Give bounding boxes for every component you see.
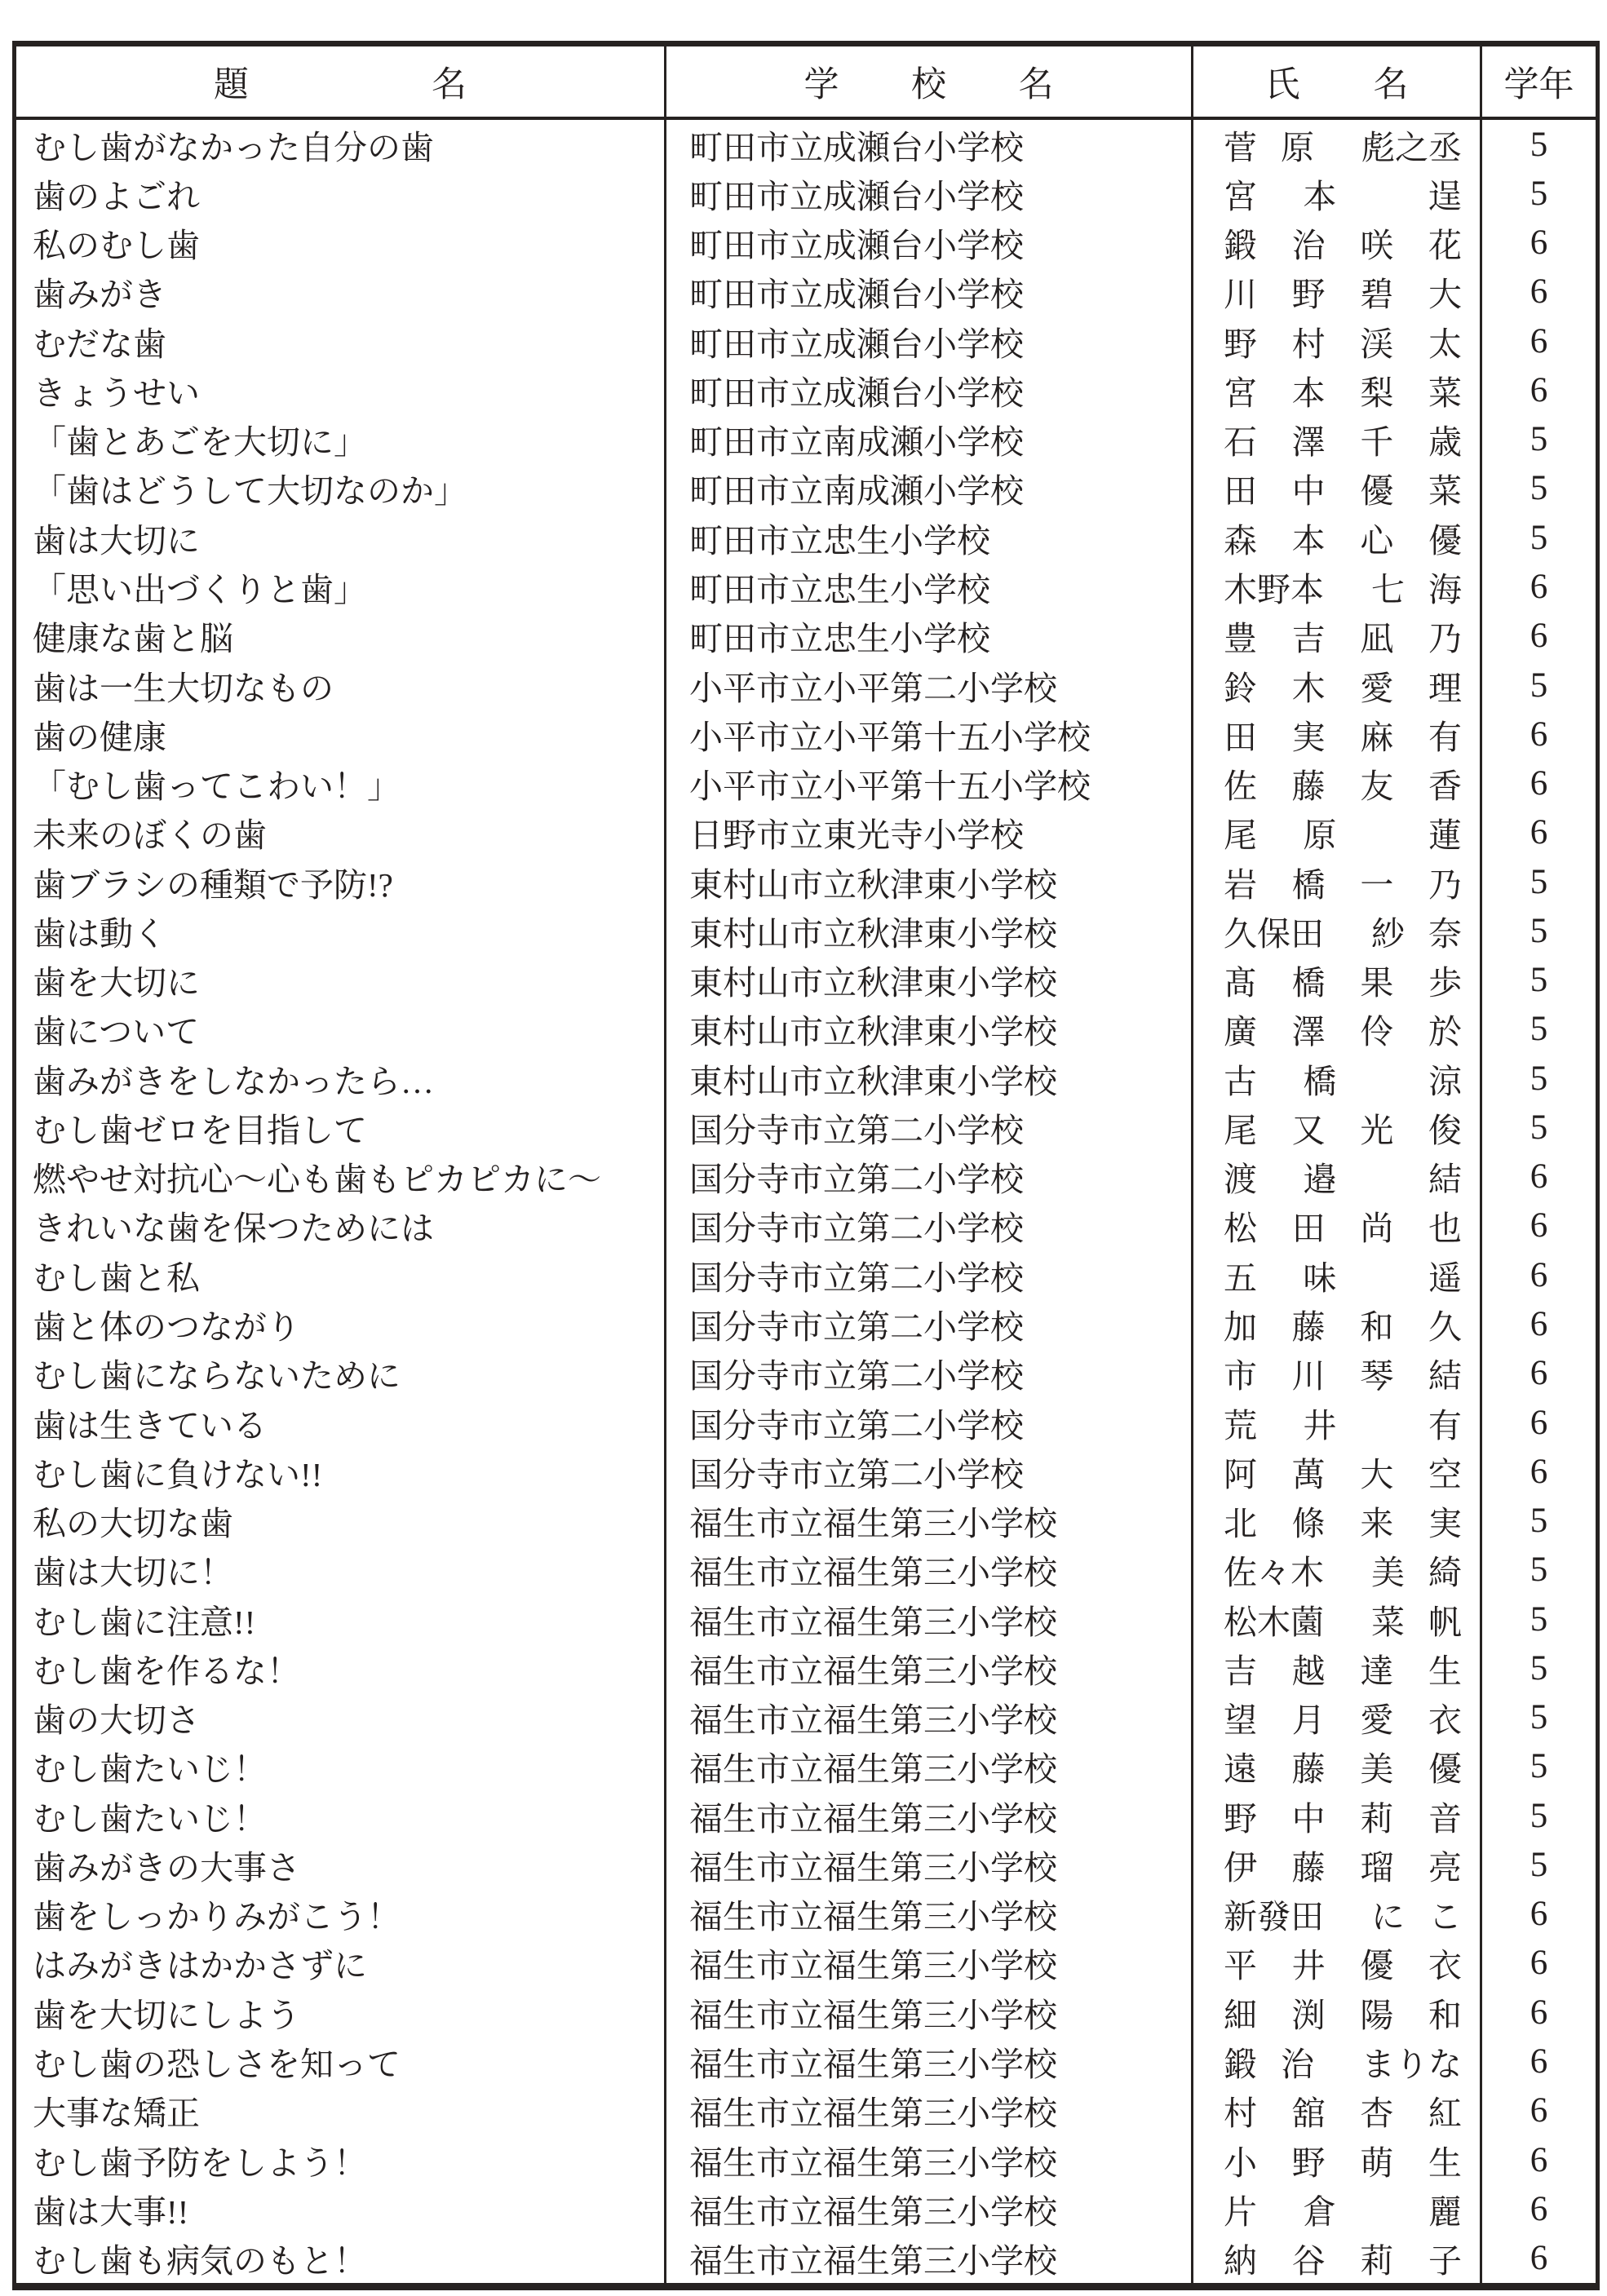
entry-school-cell: 国分寺市立第二小学校 (666, 1152, 1193, 1201)
table-row: 歯と体のつながり国分寺市立第二小学校加藤和久6 (16, 1299, 1596, 1348)
name-char: 衣 (1428, 1693, 1462, 1741)
entry-school-cell: 福生市立福生第三小学校 (666, 1988, 1193, 2037)
entry-grade-cell: 6 (1482, 316, 1596, 365)
entry-school-cell: 町田市立成瀬台小学校 (666, 120, 1193, 169)
entry-title: むし歯ゼロを目指して (33, 1104, 367, 1152)
entry-title-cell: 歯みがきの大事さ (16, 1840, 666, 1889)
entry-name-cell: 荒井有 (1193, 1398, 1482, 1447)
entry-school-cell: 町田市立忠生小学校 (666, 612, 1193, 661)
table-row: 歯みがき町田市立成瀬台小学校川野碧大6 (16, 268, 1596, 316)
table-row: 歯の健康小平市立小平第十五小学校田実麻有6 (16, 710, 1596, 759)
entry-name-cell: 鍛治まりな (1193, 2037, 1482, 2086)
name-char: 七 (1371, 563, 1405, 611)
entry-title: 歯を大切にしよう (33, 1989, 300, 2037)
header-school-char: 名 (1019, 57, 1054, 107)
header-title-cell: 題 名 (16, 46, 666, 117)
table-row: むだな歯町田市立成瀬台小学校野村渓太6 (16, 316, 1596, 365)
header-title-char: 名 (432, 57, 467, 107)
table-row: むし歯がなかった自分の歯町田市立成瀬台小学校菅原彪之丞5 (16, 120, 1596, 169)
entry-title-cell: むし歯を作るな！ (16, 1643, 666, 1692)
name-char: 蓮 (1428, 808, 1462, 856)
entry-grade: 6 (1530, 2140, 1548, 2180)
name-char: 納 (1224, 2234, 1257, 2282)
name-char: 藤 (1292, 1742, 1326, 1790)
entry-title: むし歯を作るな！ (33, 1644, 300, 1692)
header-name-label: 氏 名 (1265, 57, 1409, 107)
name-char: こ (1428, 1890, 1462, 1938)
name-char: 紅 (1428, 2086, 1462, 2135)
entry-title: 歯は動く (33, 907, 166, 955)
entry-title-cell: 私のむし歯 (16, 219, 666, 268)
entry-title: 私の大切な歯 (33, 1497, 233, 1545)
entry-title-cell: 歯と体のつながり (16, 1299, 666, 1348)
entry-grade-cell: 6 (1482, 1299, 1596, 1348)
entry-grade: 6 (1530, 1943, 1548, 1983)
name-char: 橋 (1292, 956, 1326, 1004)
entry-title: 歯の大切さ (33, 1693, 200, 1741)
table-row: きょうせい町田市立成瀬台小学校宮本梨菜6 (16, 365, 1596, 414)
name-char: 井 (1303, 1399, 1336, 1447)
entry-title-cell: むし歯予防をしよう！ (16, 2135, 666, 2184)
entry-name-cell: 納谷莉子 (1193, 2233, 1482, 2282)
entry-grade: 6 (1530, 567, 1548, 607)
entry-grade: 6 (1530, 1304, 1548, 1344)
entry-school-cell: 小平市立小平第二小学校 (666, 661, 1193, 710)
entry-grade: 5 (1530, 1108, 1548, 1148)
name-char: 莉 (1360, 1792, 1393, 1840)
entry-name: 納谷莉子 (1224, 2234, 1462, 2282)
entry-grade: 6 (1530, 714, 1548, 754)
entry-name-cell: 佐々木美綺 (1193, 1546, 1482, 1595)
entry-name-cell: 宮本逞 (1193, 169, 1482, 218)
name-char: 谷 (1292, 2234, 1326, 2282)
name-char: 優 (1360, 1939, 1393, 1987)
table-row: むし歯たいじ！福生市立福生第三小学校遠藤美優5 (16, 1742, 1596, 1791)
entry-title: 歯ブラシの種類で予防!? (33, 858, 393, 906)
entry-school-cell: 福生市立福生第三小学校 (666, 1693, 1193, 1742)
entry-school-cell: 福生市立福生第三小学校 (666, 1496, 1193, 1545)
entry-title-cell: むし歯に負けない!! (16, 1447, 666, 1496)
entry-name-cell: 細渕陽和 (1193, 1988, 1482, 2037)
header-school-char: 学 (804, 57, 839, 107)
entry-title: 健康な歯と脳 (33, 612, 233, 660)
entry-name-cell: 髙橋果歩 (1193, 956, 1482, 1005)
table-row: むし歯ゼロを目指して国分寺市立第二小学校尾又光俊5 (16, 1103, 1596, 1152)
entry-grade: 6 (1530, 1993, 1548, 2033)
name-char: 乃 (1428, 612, 1462, 660)
name-char: 亮 (1428, 1841, 1462, 1889)
table-row: 歯を大切に東村山市立秋津東小学校髙橋果歩5 (16, 956, 1596, 1005)
entry-title: むし歯たいじ！ (33, 1742, 267, 1790)
entry-name: 石澤千歳 (1224, 415, 1462, 463)
table-row: 「歯とあごを大切に」町田市立南成瀬小学校石澤千歳5 (16, 415, 1596, 464)
name-char: 田 (1224, 464, 1257, 512)
entry-grade-cell: 5 (1482, 1595, 1596, 1643)
entry-school: 福生市立福生第三小学校 (689, 1890, 1057, 1938)
name-char: 佐々木 (1224, 1546, 1324, 1594)
entry-title-cell: 未来のぼくの歯 (16, 808, 666, 857)
name-char: まりな (1361, 2037, 1462, 2086)
entry-title-cell: きれいな歯を保つためには (16, 1201, 666, 1250)
entry-name: 野村渓太 (1224, 317, 1462, 365)
entry-name: 渡邉結 (1224, 1152, 1462, 1201)
entry-school: 町田市立南成瀬小学校 (689, 415, 1024, 463)
entry-title-cell: 「歯はどうして大切なのか」 (16, 464, 666, 513)
entry-title: 歯について (33, 1005, 199, 1053)
name-char: 澤 (1292, 415, 1326, 463)
entry-name-cell: 加藤和久 (1193, 1299, 1482, 1348)
entry-school-cell: 福生市立福生第三小学校 (666, 1742, 1193, 1791)
entry-title-cell: むし歯の恐しさを知って (16, 2037, 666, 2086)
entry-school-cell: 東村山市立秋津東小学校 (666, 857, 1193, 906)
table-row: 歯みがきの大事さ福生市立福生第三小学校伊藤瑠亮5 (16, 1840, 1596, 1889)
name-char: 又 (1292, 1104, 1326, 1152)
name-char: 治 (1281, 2037, 1314, 2086)
name-char: 結 (1428, 1349, 1462, 1397)
entry-school-cell: 東村山市立秋津東小学校 (666, 1054, 1193, 1103)
entry-title-cell: 健康な歯と脳 (16, 612, 666, 661)
entry-grade-cell: 5 (1482, 1693, 1596, 1742)
entry-name-cell: 小野萌生 (1193, 2135, 1482, 2184)
entry-name-cell: 鍛治咲花 (1193, 219, 1482, 268)
entry-name-cell: 平井優衣 (1193, 1939, 1482, 1988)
entry-title: むし歯たいじ！ (33, 1792, 267, 1840)
entry-title: 歯を大切に (33, 956, 200, 1004)
entry-school: 町田市立成瀬台小学校 (689, 317, 1024, 365)
entry-title: むし歯予防をしよう！ (33, 2136, 367, 2184)
header-title-label: 題 名 (214, 57, 467, 107)
name-char: 綺 (1428, 1546, 1462, 1594)
entry-name: 鍛治咲花 (1224, 219, 1462, 267)
entry-title-cell: むし歯たいじ！ (16, 1791, 666, 1840)
entry-school-cell: 福生市立福生第三小学校 (666, 1840, 1193, 1889)
entry-title-cell: 歯のよごれ (16, 169, 666, 218)
name-char: 小 (1224, 2136, 1257, 2184)
entry-school-cell: 福生市立福生第三小学校 (666, 2233, 1193, 2282)
table-header: 題 名 学 校 名 氏 名 学年 (16, 46, 1596, 120)
name-char: 市 (1224, 1349, 1257, 1397)
entry-name: 佐々木美綺 (1224, 1546, 1462, 1594)
entry-grade-cell: 6 (1482, 219, 1596, 268)
name-char: 鈴 (1224, 661, 1257, 710)
table-row: 歯は一生大切なもの小平市立小平第二小学校鈴木愛理5 (16, 661, 1596, 710)
entry-school: 福生市立福生第三小学校 (689, 1595, 1057, 1643)
table-row: むし歯も病気のもと！福生市立福生第三小学校納谷莉子6 (16, 2233, 1596, 2282)
entry-name-cell: 野村渓太 (1193, 316, 1482, 365)
entry-school: 福生市立福生第三小学校 (689, 1497, 1057, 1545)
entry-grade: 5 (1530, 1796, 1548, 1836)
entry-title-cell: 燃やせ対抗心〜心も歯もピカピカに〜 (16, 1152, 666, 1201)
entry-school-cell: 国分寺市立第二小学校 (666, 1103, 1193, 1152)
entry-title-cell: 歯は大切に (16, 513, 666, 562)
entry-grade-cell: 6 (1482, 808, 1596, 857)
table-row: むし歯たいじ！福生市立福生第三小学校野中莉音5 (16, 1791, 1596, 1840)
entry-grade: 6 (1530, 616, 1548, 656)
name-char: 佐 (1224, 759, 1257, 807)
entry-grade-cell: 5 (1482, 1791, 1596, 1840)
entry-grade: 5 (1530, 1009, 1548, 1049)
entry-school: 町田市立成瀬台小学校 (689, 366, 1024, 414)
entry-name: 鈴木愛理 (1224, 661, 1462, 710)
entry-name-cell: 久保田紗奈 (1193, 906, 1482, 955)
entry-name-cell: 野中莉音 (1193, 1791, 1482, 1840)
entry-grade-cell: 5 (1482, 464, 1596, 513)
name-char: 原 (1303, 808, 1336, 856)
entry-school-cell: 福生市立福生第三小学校 (666, 1939, 1193, 1988)
entry-school-cell: 日野市立東光寺小学校 (666, 808, 1193, 857)
entry-grade: 5 (1530, 1059, 1548, 1099)
name-char: 倉 (1303, 2185, 1336, 2233)
name-char: 達 (1360, 1644, 1393, 1692)
name-char: 逞 (1428, 170, 1462, 218)
entry-name-cell: 石澤千歳 (1193, 415, 1482, 464)
entry-title: 大事な矯正 (33, 2086, 200, 2135)
name-char: 俊 (1428, 1104, 1462, 1152)
entry-grade: 5 (1530, 518, 1548, 558)
entry-name-cell: 望月愛衣 (1193, 1693, 1482, 1742)
entry-grade-cell: 5 (1482, 1103, 1596, 1152)
name-char: 伶 (1360, 1005, 1393, 1053)
entry-name: 市川琴結 (1224, 1349, 1462, 1397)
entry-grade-cell: 5 (1482, 857, 1596, 906)
table-row: 歯のよごれ町田市立成瀬台小学校宮本逞5 (16, 169, 1596, 218)
entry-school-cell: 町田市立成瀬台小学校 (666, 219, 1193, 268)
entry-name: 佐藤友香 (1224, 759, 1462, 807)
entry-name-cell: 渡邉結 (1193, 1152, 1482, 1201)
entry-title: きょうせい (33, 366, 200, 414)
entry-name: 久保田紗奈 (1224, 907, 1462, 955)
table-row: 歯をしっかりみがこう！福生市立福生第三小学校新發田にこ6 (16, 1890, 1596, 1939)
entry-grade-cell: 5 (1482, 415, 1596, 464)
name-char: 伊 (1224, 1841, 1257, 1889)
name-char: 一 (1360, 858, 1393, 906)
entry-grade-cell: 6 (1482, 268, 1596, 316)
entry-grade-cell: 6 (1482, 1349, 1596, 1398)
name-char: 藤 (1292, 759, 1326, 807)
name-char: 野 (1224, 1792, 1257, 1840)
name-char: 和 (1360, 1300, 1393, 1348)
entry-school: 福生市立福生第三小学校 (689, 1989, 1057, 2037)
entry-title: 歯をしっかりみがこう！ (33, 1890, 401, 1938)
table-row: 歯は生きている国分寺市立第二小学校荒井有6 (16, 1398, 1596, 1447)
entry-title: むだな歯 (33, 317, 166, 365)
entry-name: 田中優菜 (1224, 464, 1462, 512)
entry-name: 鍛治まりな (1224, 2037, 1462, 2086)
entry-name: 五味遥 (1224, 1251, 1462, 1299)
table-row: 私の大切な歯福生市立福生第三小学校北條来実5 (16, 1496, 1596, 1545)
entry-grade: 6 (1530, 223, 1548, 263)
entry-school: 東村山市立秋津東小学校 (689, 1005, 1057, 1053)
table-row: 歯ブラシの種類で予防!?東村山市立秋津東小学校岩橋一乃5 (16, 857, 1596, 906)
entry-school: 福生市立福生第三小学校 (689, 2037, 1057, 2086)
entry-grade: 5 (1530, 666, 1548, 706)
entry-name: 村舘杏紅 (1224, 2086, 1462, 2135)
name-char: 尾 (1224, 808, 1257, 856)
entry-title-cell: 歯は生きている (16, 1398, 666, 1447)
entry-grade: 5 (1530, 911, 1548, 951)
entry-school-cell: 町田市立南成瀬小学校 (666, 464, 1193, 513)
table-row: 歯は大切に！福生市立福生第三小学校佐々木美綺5 (16, 1546, 1596, 1595)
name-char: 井 (1292, 1939, 1326, 1987)
entry-name: 細渕陽和 (1224, 1989, 1462, 2037)
entry-grade: 6 (1530, 2042, 1548, 2081)
name-char: 実 (1428, 1497, 1462, 1545)
entry-school-cell: 福生市立福生第三小学校 (666, 2135, 1193, 2184)
document-page: 題 名 学 校 名 氏 名 学年 むし歯がなかった自分の (0, 0, 1607, 2296)
name-char: 髙 (1224, 956, 1257, 1004)
name-char: 味 (1303, 1251, 1336, 1299)
entry-grade: 5 (1530, 125, 1548, 165)
entry-name: 宮本梨菜 (1224, 366, 1462, 414)
entry-name-cell: 田実麻有 (1193, 710, 1482, 759)
name-char: 野 (1292, 2136, 1326, 2184)
entry-grade-cell: 6 (1482, 1250, 1596, 1299)
entry-school: 福生市立福生第三小学校 (689, 1546, 1057, 1594)
entry-title-cell: むし歯に注意!! (16, 1595, 666, 1643)
entry-title: むし歯に負けない!! (33, 1448, 322, 1496)
entry-title-cell: きょうせい (16, 365, 666, 414)
table-row: むし歯予防をしよう！福生市立福生第三小学校小野萌生6 (16, 2135, 1596, 2184)
entry-school: 国分寺市立第二小学校 (689, 1349, 1024, 1397)
name-char: 香 (1428, 759, 1462, 807)
entry-name: 荒井有 (1224, 1399, 1462, 1447)
entry-grade: 6 (1530, 812, 1548, 852)
entry-name: 木野本七海 (1224, 563, 1462, 611)
name-char: 鍛 (1224, 219, 1257, 267)
name-char: 菜 (1428, 464, 1462, 512)
entry-title-cell: 歯は大切に！ (16, 1546, 666, 1595)
name-char: 梨 (1360, 366, 1393, 414)
name-char: 音 (1428, 1792, 1462, 1840)
entry-school: 日野市立東光寺小学校 (689, 808, 1024, 856)
entry-grade: 5 (1530, 960, 1548, 1000)
entry-grade-cell: 6 (1482, 2233, 1596, 2282)
entry-school: 福生市立福生第三小学校 (689, 2234, 1057, 2282)
entry-title: 「歯とあごを大切に」 (33, 415, 367, 463)
entry-title-cell: むし歯がなかった自分の歯 (16, 120, 666, 169)
name-char: 花 (1428, 219, 1462, 267)
name-char: 渕 (1292, 1989, 1326, 2037)
header-grade-cell: 学年 (1482, 46, 1596, 117)
entry-grade-cell: 6 (1482, 562, 1596, 611)
name-char: 麻 (1360, 710, 1393, 759)
entry-grade-cell: 5 (1482, 1742, 1596, 1791)
entry-title-cell: むし歯も病気のもと！ (16, 2233, 666, 2282)
table-row: 大事な矯正福生市立福生第三小学校村舘杏紅6 (16, 2086, 1596, 2135)
entry-title: むし歯も病気のもと！ (33, 2234, 367, 2282)
entry-name-cell: 宮本梨菜 (1193, 365, 1482, 414)
entry-name-cell: 阿萬大空 (1193, 1447, 1482, 1496)
entry-school-cell: 小平市立小平第十五小学校 (666, 759, 1193, 807)
entry-title-cell: 歯をしっかりみがこう！ (16, 1890, 666, 1939)
entry-school-cell: 福生市立福生第三小学校 (666, 1595, 1193, 1643)
name-char: 松 (1224, 1201, 1257, 1250)
entry-name: 松木薗菜帆 (1224, 1595, 1462, 1643)
entry-title-cell: むし歯と私 (16, 1250, 666, 1299)
name-char: 優 (1428, 514, 1462, 562)
entry-school-cell: 福生市立福生第三小学校 (666, 1546, 1193, 1595)
entry-name-cell: 古橋涼 (1193, 1054, 1482, 1103)
entry-school: 町田市立成瀬台小学校 (689, 170, 1024, 218)
name-char: 乃 (1428, 858, 1462, 906)
entry-title: 歯は大切に (33, 514, 200, 562)
entry-school: 東村山市立秋津東小学校 (689, 956, 1057, 1004)
entry-name-cell: 遠藤美優 (1193, 1742, 1482, 1791)
entry-school: 国分寺市立第二小学校 (689, 1104, 1024, 1152)
table-row: 歯は大切に町田市立忠生小学校森本心優5 (16, 513, 1596, 562)
entry-grade-cell: 5 (1482, 1643, 1596, 1692)
entry-school: 福生市立福生第三小学校 (689, 1841, 1057, 1889)
entry-name-cell: 廣澤伶於 (1193, 1005, 1482, 1054)
entry-title: 歯の健康 (33, 710, 166, 759)
name-char: 橋 (1292, 858, 1326, 906)
results-table: 題 名 学 校 名 氏 名 学年 むし歯がなかった自分の (12, 41, 1600, 2290)
entry-grade-cell: 6 (1482, 2037, 1596, 2086)
entry-grade-cell: 5 (1482, 169, 1596, 218)
entry-grade: 6 (1530, 763, 1548, 803)
table-row: 歯は動く東村山市立秋津東小学校久保田紗奈5 (16, 906, 1596, 955)
table-row: むし歯の恐しさを知って福生市立福生第三小学校鍛治まりな6 (16, 2037, 1596, 2086)
name-char: 生 (1428, 2136, 1462, 2184)
entry-school: 町田市立忠生小学校 (689, 612, 990, 660)
name-char: 田 (1224, 710, 1257, 759)
name-char: 川 (1224, 268, 1257, 316)
entry-name: 吉越達生 (1224, 1644, 1462, 1692)
entry-school: 国分寺市立第二小学校 (689, 1251, 1024, 1299)
name-char: 五 (1224, 1251, 1257, 1299)
entry-name: 豊吉凪乃 (1224, 612, 1462, 660)
name-char: 於 (1428, 1005, 1462, 1053)
name-char: 果 (1360, 956, 1393, 1004)
entry-name: 新發田にこ (1224, 1890, 1462, 1938)
entry-name-cell: 片倉麗 (1193, 2184, 1482, 2233)
name-char: 生 (1428, 1644, 1462, 1692)
name-char: 愛 (1360, 661, 1393, 710)
name-char: に (1371, 1890, 1405, 1938)
entry-school: 国分寺市立第二小学校 (689, 1448, 1024, 1496)
entry-grade-cell: 5 (1482, 513, 1596, 562)
name-char: 森 (1224, 514, 1257, 562)
name-char: 愛 (1360, 1693, 1393, 1741)
name-char: 陽 (1360, 1989, 1393, 2037)
entry-school-cell: 国分寺市立第二小学校 (666, 1447, 1193, 1496)
name-char: 也 (1428, 1201, 1462, 1250)
entry-title-cell: むし歯にならないために (16, 1349, 666, 1398)
name-char: 久 (1428, 1300, 1462, 1348)
name-char: 大 (1428, 268, 1462, 316)
name-char: 衣 (1428, 1939, 1462, 1987)
name-char: 條 (1292, 1497, 1326, 1545)
entry-title: 歯は一生大切なもの (33, 661, 334, 710)
entry-title: 燃やせ対抗心〜心も歯もピカピカに〜 (33, 1152, 601, 1201)
entry-grade-cell: 6 (1482, 1939, 1596, 1988)
entry-school-cell: 福生市立福生第三小学校 (666, 1791, 1193, 1840)
entry-name: 小野萌生 (1224, 2136, 1462, 2184)
entry-name-cell: 木野本七海 (1193, 562, 1482, 611)
entry-name: 森本心優 (1224, 514, 1462, 562)
entry-school-cell: 町田市立成瀬台小学校 (666, 169, 1193, 218)
entry-grade-cell: 6 (1482, 2086, 1596, 2135)
name-char: 菜 (1428, 366, 1462, 414)
name-char: 宮 (1224, 170, 1257, 218)
table-row: 歯みがきをしなかったら…東村山市立秋津東小学校古橋涼5 (16, 1054, 1596, 1103)
entry-grade-cell: 6 (1482, 1988, 1596, 2037)
entry-title: 歯みがき (33, 268, 166, 316)
entry-school: 福生市立福生第三小学校 (689, 1939, 1057, 1987)
entry-name: 尾又光俊 (1224, 1104, 1462, 1152)
entry-title-cell: 歯の健康 (16, 710, 666, 759)
name-char: 千 (1360, 415, 1393, 463)
